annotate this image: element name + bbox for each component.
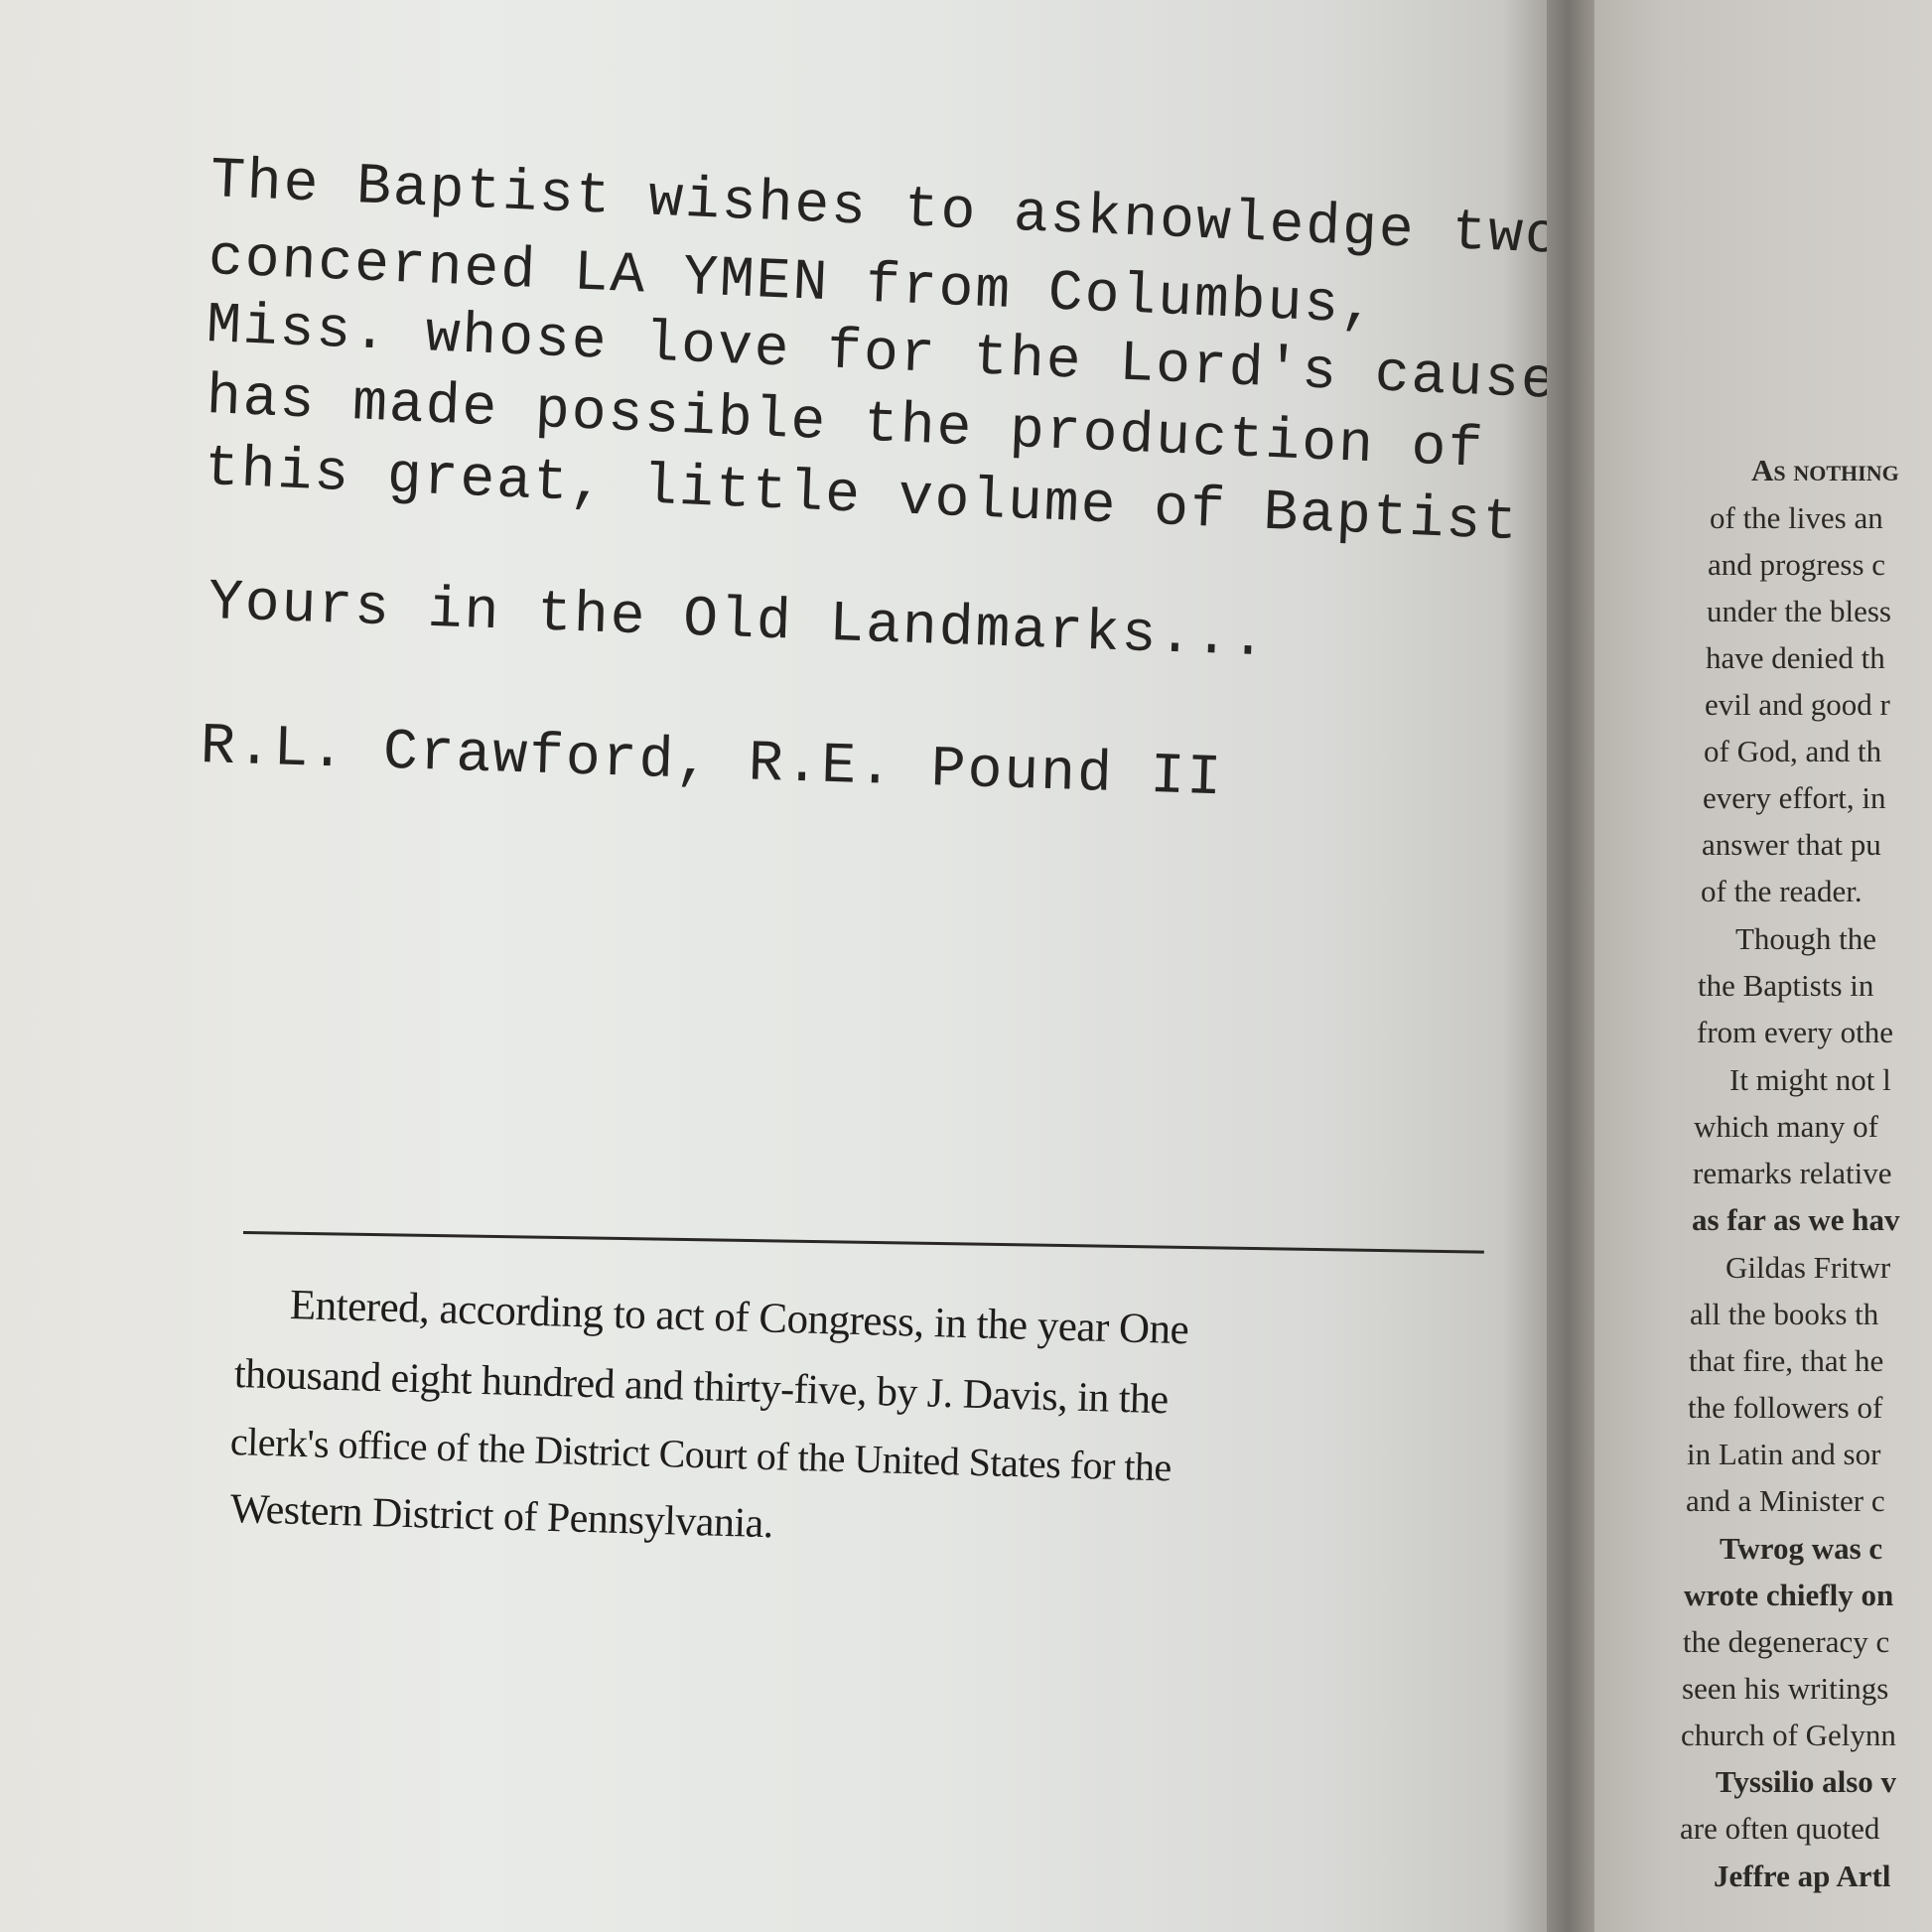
right-page: As nothing of the lives an and progress … <box>1594 0 1932 1932</box>
copyright-line-2: thousand eight hundred and thirty-five, … <box>233 1350 1169 1424</box>
right-page-opening: As nothing <box>1751 453 1899 488</box>
copyright-line-1: Entered, according to act of Congress, i… <box>289 1281 1189 1354</box>
copyright-line-3: clerk's office of the District Court of … <box>229 1418 1172 1490</box>
right-page-line: It might not l <box>1729 1062 1891 1098</box>
right-page-line: which many of <box>1694 1109 1878 1145</box>
right-page-line: Though the <box>1735 921 1876 957</box>
right-page-line: Jeffre ap Artl <box>1714 1859 1890 1894</box>
right-page-line: from every othe <box>1697 1015 1893 1050</box>
right-page-line: under the bless <box>1707 594 1891 629</box>
right-page-line: Gildas Fritwr <box>1725 1250 1890 1286</box>
right-page-line: every effort, in <box>1703 780 1886 816</box>
right-page-line: in Latin and sor <box>1687 1437 1880 1472</box>
right-page-line: wrote chiefly on <box>1684 1578 1893 1613</box>
right-page-line: all the books th <box>1690 1297 1878 1332</box>
right-page-line: of God, and th <box>1704 734 1881 769</box>
right-page-line: Twrog was c <box>1720 1531 1882 1567</box>
right-page-line: the degeneracy c <box>1683 1624 1889 1660</box>
right-page-line: are often quoted <box>1680 1811 1879 1847</box>
copyright-line-4: Western District of Pennsylvania. <box>229 1485 773 1548</box>
closing-line: Yours in the Old Landmarks... <box>207 571 1269 672</box>
right-page-line: as far as we hav <box>1692 1202 1900 1238</box>
right-page-line: evil and good r <box>1705 687 1890 723</box>
right-page-line: of the lives an <box>1710 500 1883 536</box>
right-page-line: Tyssilio also v <box>1716 1764 1896 1800</box>
right-page-line: and progress c <box>1708 547 1885 583</box>
horizontal-rule <box>243 1231 1484 1254</box>
right-page-line: remarks relative <box>1693 1156 1892 1191</box>
right-page-line: church of Gelynn <box>1681 1718 1896 1753</box>
signatures: R.L. Crawford, R.E. Pound II <box>200 715 1224 811</box>
left-page: The Baptist wishes to asknowledge two co… <box>0 0 1549 1932</box>
right-page-line: have denied th <box>1706 640 1885 676</box>
book-gutter <box>1547 0 1594 1932</box>
right-page-line: seen his writings <box>1682 1671 1888 1707</box>
right-page-line: and a Minister c <box>1686 1483 1885 1519</box>
right-page-line: the followers of <box>1688 1390 1882 1426</box>
right-page-line: answer that pu <box>1702 827 1881 863</box>
right-page-line: of the reader. <box>1701 874 1863 909</box>
right-page-line: the Baptists in <box>1698 968 1873 1004</box>
right-page-line: that fire, that he <box>1689 1343 1883 1379</box>
